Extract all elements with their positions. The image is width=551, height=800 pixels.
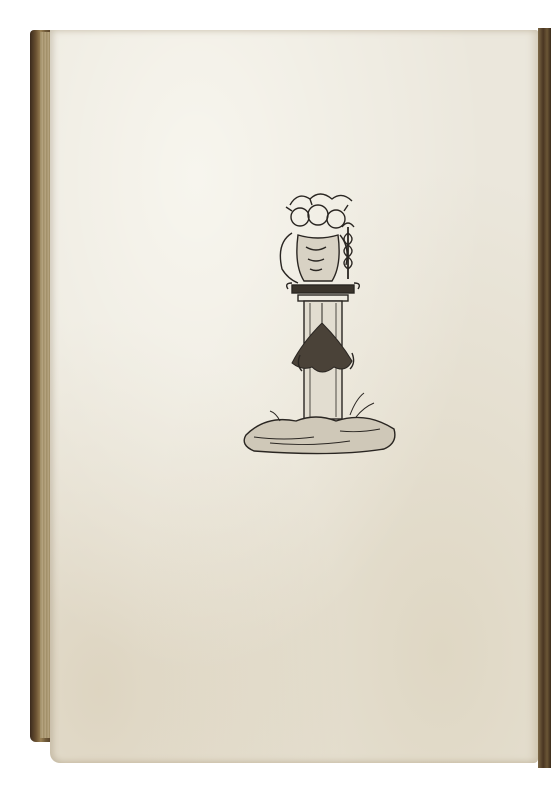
right-binding-edge	[538, 28, 551, 768]
book	[0, 0, 551, 800]
woodcut-illustration	[240, 185, 400, 460]
